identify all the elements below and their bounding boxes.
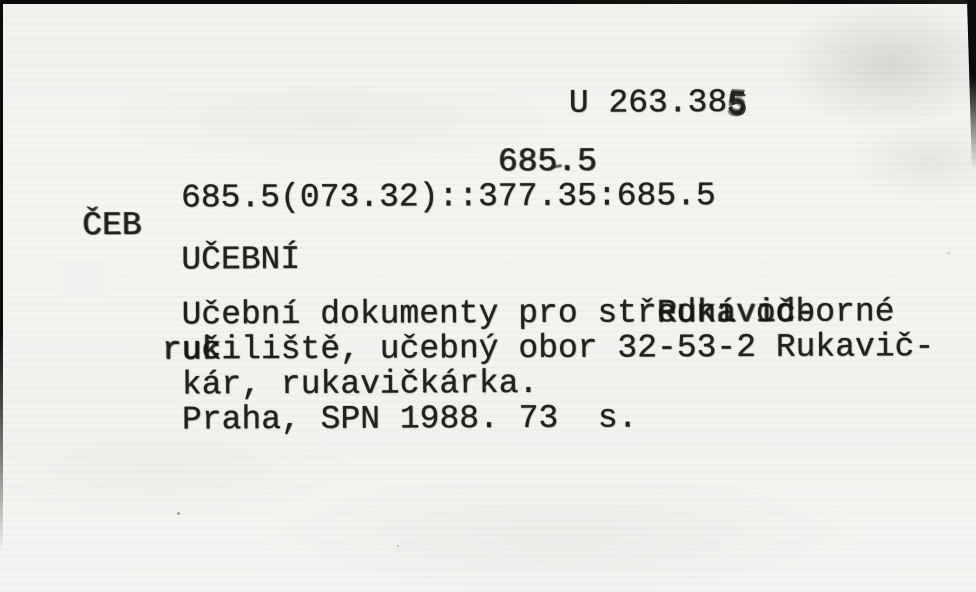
call-number-prefix: U 263.38 — [569, 84, 728, 122]
scan-speck — [177, 512, 180, 515]
scanned-catalog-card: U 263.385 685.5(073.32)::377.35:685.5 68… — [0, 0, 976, 592]
udc-classification-overstrike: 685.5 — [498, 144, 597, 179]
title-line-2-overstrike: Rukavič- — [657, 295, 816, 331]
main-entry-heading-overstrike: ČEB — [82, 208, 142, 243]
title-line-3-overstrike: ruk — [162, 332, 222, 367]
scan-speck — [397, 545, 399, 547]
card-text: U 263.385 685.5(073.32)::377.35:685.5 68… — [0, 0, 976, 592]
call-number: U 263.385 — [569, 85, 747, 121]
publication-line-text: Praha, SPN 1988. 73 s. — [182, 399, 638, 438]
publication-line: Praha, SPN 1988. 73 s. — [63, 365, 638, 473]
scan-speck — [947, 252, 950, 254]
call-number-overstruck-digit: 5 — [726, 86, 748, 122]
